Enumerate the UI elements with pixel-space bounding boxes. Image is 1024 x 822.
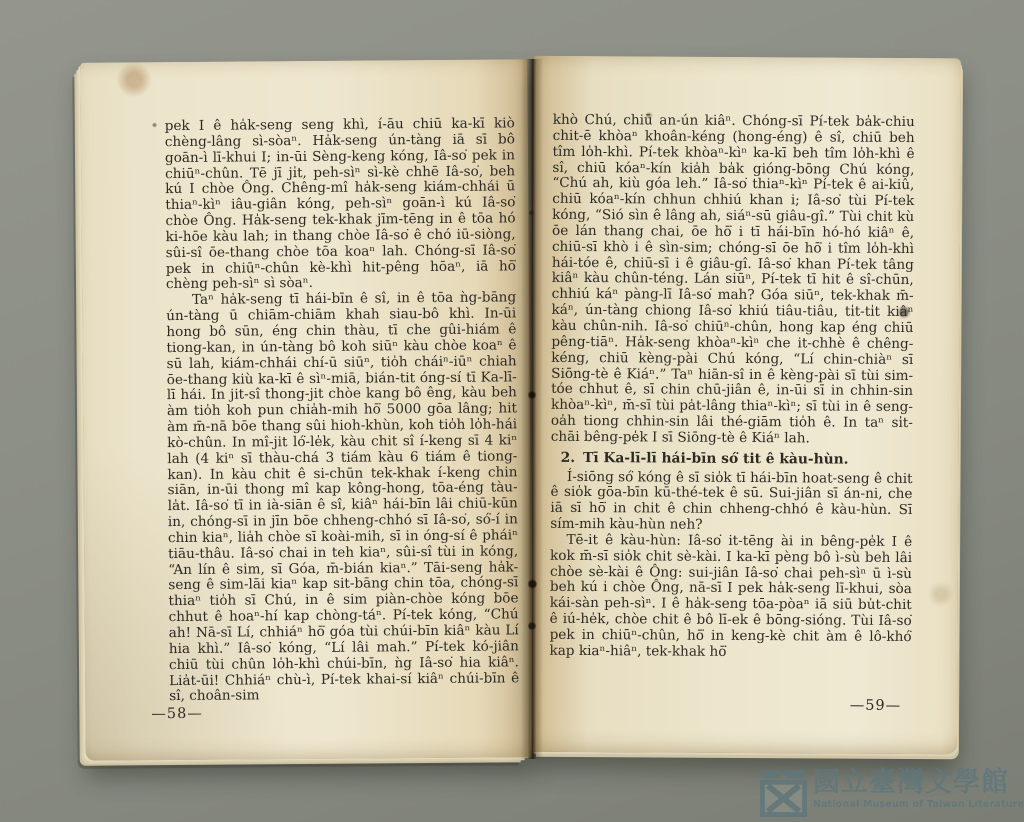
- page-number-right: —59—: [850, 698, 902, 714]
- open-book-scan: pek I ê ha̍k-seng seng khì, í-āu chiū ka…: [83, 55, 961, 767]
- section-number: 2.: [561, 450, 576, 466]
- body-paragraph: khò Chú, chiū an-ún kiâⁿ. Chóng-sī Pí-te…: [551, 113, 915, 448]
- desk-background: pek I ê ha̍k-seng seng khì, í-āu chiū ka…: [0, 0, 1024, 822]
- right-page-text-column: khò Chú, chiū an-ún kiâⁿ. Chóng-sī Pí-te…: [549, 113, 914, 662]
- body-paragraph: pek I ê ha̍k-seng seng khì, í-āu chiū ka…: [165, 116, 516, 293]
- book-page-right: khò Chú, chiū an-ún kiâⁿ. Chóng-sī Pí-te…: [530, 56, 961, 755]
- body-paragraph: Í-siōng só͘ kóng ê sī sio̍k tī hái-bīn h…: [550, 469, 912, 535]
- watermark-title-english: National Museum of Taiwan Literature: [813, 799, 1024, 810]
- page-number-left: —58—: [151, 706, 203, 722]
- book-page-left: pek I ê ha̍k-seng seng khì, í-āu chiū ka…: [80, 59, 532, 760]
- body-paragraph: Taⁿ ha̍k-seng tī hái-bīn ê sî, in ê tōa …: [166, 291, 519, 706]
- watermark-title-chinese: 國立臺灣文學館: [813, 767, 1024, 798]
- museum-watermark: 國立臺灣文學館 National Museum of Taiwan Litera…: [760, 767, 1024, 817]
- body-paragraph: Tē-it ê kàu-hùn: Iâ-so͘ it-tēng ài in bê…: [549, 533, 912, 662]
- left-page-text-column: pek I ê ha̍k-seng seng khì, í-āu chiū ka…: [165, 116, 520, 705]
- section-heading: 2.Tī Ka-lī-lī hái-bīn só͘ tit ê kàu-hùn.: [551, 451, 913, 469]
- section-title: Tī Ka-lī-lī hái-bīn só͘ tit ê kàu-hùn.: [583, 450, 849, 468]
- nmtl-seal-logo-icon: [760, 770, 807, 817]
- watermark-text: 國立臺灣文學館 National Museum of Taiwan Litera…: [813, 767, 1024, 810]
